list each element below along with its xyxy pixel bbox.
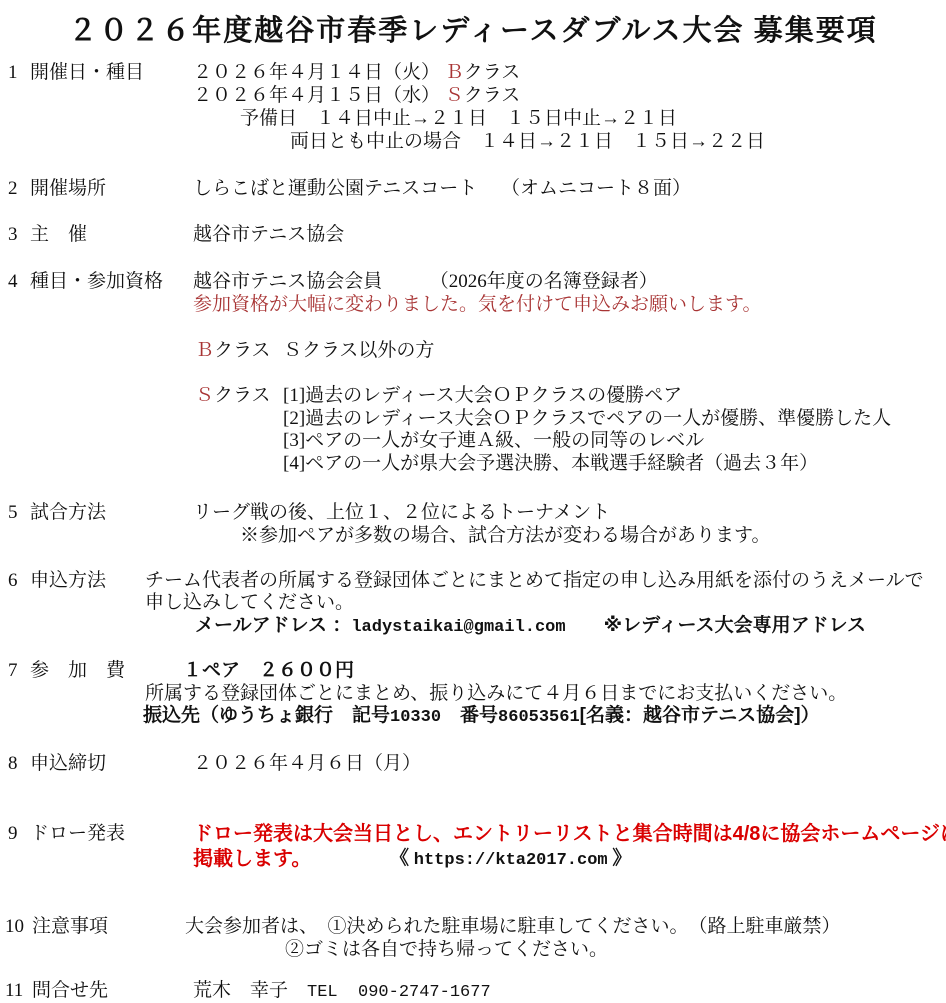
section-4-class-b-title-text: Ｂ (195, 340, 214, 361)
section-1-date-s: ２０２６年４月１５日（水） Ｓクラス (193, 85, 520, 107)
section-7-label-text: 参 加 費 (30, 660, 125, 681)
section-1-date-s-text: Ｓ (445, 85, 464, 106)
document-page: ２０２６年度越谷市春季レディースダブルス大会 募集要項 1開催日・種目２０２６年… (0, 0, 946, 1003)
section-4-eligibility: 越谷市テニス協会会員 （2026年度の名簿登録者） (193, 271, 658, 293)
section-5-label: 試合方法 (30, 502, 106, 524)
section-2-number-text: 2 (8, 178, 18, 199)
section-3-host-text: 越谷市テニス協会 (193, 224, 344, 245)
section-9-draw-line-2: 掲載します。 (193, 848, 311, 870)
section-4-class-s-rule-2-text: [2]過去のレディース大会ＯＰクラスでペアの一人が優勝、準優勝した人 (283, 408, 891, 429)
section-7-bank-account-text: 10330 (390, 708, 441, 727)
section-1-number-text: 1 (8, 62, 18, 83)
section-6-method-line-2-text: 申し込みしてください。 (145, 592, 354, 613)
section-1-label: 開催日・種目 (30, 62, 144, 84)
section-11-number-text: 11 (5, 980, 23, 1001)
section-1-number: 1 (8, 62, 18, 84)
section-7-bank-account-text: 番号 (441, 705, 498, 726)
section-6-email-text: ladystaikai@gmail.com (351, 618, 565, 637)
section-7-fee-text: １ペア ２６００円 (183, 660, 354, 681)
section-1-both-cancel-text: 両日とも中止の場合 １４日→２１日 １５日→２２日 (290, 131, 765, 152)
section-4-class-s-rule-1: [1]過去のレディース大会ＯＰクラスの優勝ペア (283, 385, 682, 407)
section-6-email-text: ※レディース大会専用アドレス (566, 615, 866, 636)
section-4-class-b-rule: Ｓクラス以外の方 (283, 340, 434, 362)
section-11-label-text: 問合せ先 (32, 980, 108, 1001)
section-10-note-1-text: 大会参加者は、 ①決められた駐車場に駐車してください。 （路上駐車厳禁） (185, 916, 841, 937)
section-10-label: 注意事項 (32, 916, 108, 938)
section-3-number-text: 3 (8, 224, 18, 245)
section-7-bank-account-text: [名義：越谷市テニス協会]） (580, 705, 820, 726)
section-9-label-text: ドロー発表 (30, 823, 125, 844)
section-1-reserve-day-text: 予備日 １４日中止→２１日 １５日中止→２１日 (240, 108, 677, 129)
section-5-format-note-text: ※参加ペアが多数の場合、試合方法が変わる場合があります。 (240, 525, 770, 546)
section-6-method-line-1-text: チーム代表者の所属する登録団体ごとにまとめて指定の申し込み用紙を添付のうえメール… (145, 570, 924, 591)
section-4-class-b-title-text: クラス (214, 340, 270, 361)
section-5-format: リーグ戦の後、上位１、２位によるトーナメント (193, 502, 610, 524)
section-9-draw-line-2-text: 掲載します。 (193, 848, 311, 870)
section-9-draw-line-1-text: ドロー発表は大会当日とし、エントリーリストと集合時間は4/8に協会ホームページに (193, 823, 946, 845)
section-1-date-s-text: ２０２６年４月１５日（水） (193, 85, 445, 106)
section-5-number-text: 5 (8, 502, 18, 523)
section-8-number-text: 8 (8, 753, 18, 774)
section-4-class-s-rule-3: [3]ペアの一人が女子連Ａ級、一般の同等のレベル (283, 430, 704, 452)
section-9-website-url-text: https://kta2017.com (414, 851, 608, 870)
section-8-label: 申込締切 (30, 753, 106, 775)
section-4-eligibility-text: 越谷市テニス協会会員 （2026年度の名簿登録者） (193, 271, 658, 292)
section-5-label-text: 試合方法 (30, 502, 106, 523)
section-4-number-text: 4 (8, 271, 18, 292)
section-1-date-b-text: クラス (464, 62, 520, 83)
section-10-note-2: ②ゴミは各自で持ち帰ってください。 (285, 939, 608, 961)
section-4-class-s-title-text: クラス (214, 385, 270, 406)
section-1-date-b: ２０２６年４月１４日（火） Ｂクラス (193, 62, 520, 84)
section-10-label-text: 注意事項 (32, 916, 108, 937)
section-9-website-url-text: 》 (608, 848, 632, 869)
section-4-class-s-rule-4-text: [4]ペアの一人が県大会予選決勝、本戦選手経験者（過去３年） (283, 453, 818, 474)
section-11-label: 問合せ先 (32, 980, 108, 1002)
section-1-date-b-text: Ｂ (445, 62, 464, 83)
section-7-bank-account: 振込先（ゆうちょ銀行 記号10330 番号86053561[名義：越谷市テニス協… (143, 705, 820, 729)
section-11-contact-text: 荒木 幸子 (193, 980, 307, 1001)
section-9-label: ドロー発表 (30, 823, 125, 845)
section-4-class-b-rule-text: Ｓクラス以外の方 (283, 340, 434, 361)
section-8-number: 8 (8, 753, 18, 775)
section-4-class-s-title: Ｓクラス (195, 385, 270, 407)
section-6-method-line-2: 申し込みしてください。 (145, 592, 354, 614)
section-10-number-text: 10 (5, 916, 24, 937)
section-11-contact-text: TEL 090-2747-1677 (307, 983, 491, 1002)
section-11-contact: 荒木 幸子 TEL 090-2747-1677 (193, 980, 491, 1003)
section-9-website-url: 《 https://kta2017.com 》 (390, 848, 631, 872)
section-7-payment-text: 所属する登録団体ごとにまとめ、振り込みにて４月６日までにお支払いください。 (145, 683, 847, 704)
section-6-method-line-1: チーム代表者の所属する登録団体ごとにまとめて指定の申し込み用紙を添付のうえメール… (145, 570, 924, 592)
section-8-deadline: ２０２６年４月６日（月） (193, 753, 421, 775)
section-4-label: 種目・参加資格 (30, 271, 163, 293)
section-6-email-text: メールアドレス ： (195, 615, 351, 636)
section-1-label-text: 開催日・種目 (30, 62, 144, 83)
section-7-fee: １ペア ２６００円 (183, 660, 354, 682)
section-9-number: 9 (8, 823, 18, 845)
section-4-warning-text: 参加資格が大幅に変わりました。気を付けて申込みお願いします。 (193, 294, 761, 315)
section-1-date-s-text: クラス (464, 85, 520, 106)
section-6-number: 6 (8, 570, 18, 592)
section-6-label: 申込方法 (30, 570, 106, 592)
section-9-number-text: 9 (8, 823, 18, 844)
section-10-number: 10 (5, 916, 24, 938)
document-title: ２０２６年度越谷市春季レディースダブルス大会 募集要項 (0, 8, 946, 49)
section-1-reserve-day: 予備日 １４日中止→２１日 １５日中止→２１日 (240, 108, 677, 130)
section-4-class-s-rule-4: [4]ペアの一人が県大会予選決勝、本戦選手経験者（過去３年） (283, 453, 818, 475)
section-4-class-s-rule-1-text: [1]過去のレディース大会ＯＰクラスの優勝ペア (283, 385, 682, 406)
section-4-class-s-rule-2: [2]過去のレディース大会ＯＰクラスでペアの一人が優勝、準優勝した人 (283, 408, 891, 430)
section-7-bank-account-text: 振込先（ゆうちょ銀行 記号 (143, 705, 390, 726)
section-2-label: 開催場所 (30, 178, 106, 200)
section-9-website-url-text: 《 (390, 848, 414, 869)
section-4-class-b-title: Ｂクラス (195, 340, 270, 362)
section-3-label-text: 主 催 (30, 224, 87, 245)
section-1-both-cancel: 両日とも中止の場合 １４日→２１日 １５日→２２日 (290, 131, 765, 153)
section-5-format-text: リーグ戦の後、上位１、２位によるトーナメント (193, 502, 610, 523)
section-4-warning: 参加資格が大幅に変わりました。気を付けて申込みお願いします。 (193, 294, 761, 316)
section-6-label-text: 申込方法 (30, 570, 106, 591)
section-7-label: 参 加 費 (30, 660, 125, 682)
section-4-class-s-rule-3-text: [3]ペアの一人が女子連Ａ級、一般の同等のレベル (283, 430, 704, 451)
section-4-class-s-title-text: Ｓ (195, 385, 214, 406)
section-7-number: 7 (8, 660, 18, 682)
section-7-bank-account-text: 86053561 (498, 708, 580, 727)
section-7-number-text: 7 (8, 660, 18, 681)
section-4-number: 4 (8, 271, 18, 293)
section-5-number: 5 (8, 502, 18, 524)
section-2-venue: しらこばと運動公園テニスコート （オムニコート８面） (193, 178, 691, 200)
section-7-payment: 所属する登録団体ごとにまとめ、振り込みにて４月６日までにお支払いください。 (145, 683, 847, 705)
section-2-label-text: 開催場所 (30, 178, 106, 199)
section-8-label-text: 申込締切 (30, 753, 106, 774)
section-2-venue-text: しらこばと運動公園テニスコート （オムニコート８面） (193, 178, 691, 199)
section-10-note-2-text: ②ゴミは各自で持ち帰ってください。 (285, 939, 608, 960)
section-1-date-b-text: ２０２６年４月１４日（火） (193, 62, 445, 83)
section-2-number: 2 (8, 178, 18, 200)
section-8-deadline-text: ２０２６年４月６日（月） (193, 753, 421, 774)
section-9-draw-line-1: ドロー発表は大会当日とし、エントリーリストと集合時間は4/8に協会ホームページに (193, 823, 946, 845)
section-10-note-1: 大会参加者は、 ①決められた駐車場に駐車してください。 （路上駐車厳禁） (185, 916, 841, 938)
section-3-label: 主 催 (30, 224, 87, 246)
section-4-label-text: 種目・参加資格 (30, 271, 163, 292)
section-3-number: 3 (8, 224, 18, 246)
section-6-number-text: 6 (8, 570, 18, 591)
section-11-number: 11 (5, 980, 23, 1002)
section-3-host: 越谷市テニス協会 (193, 224, 344, 246)
section-5-format-note: ※参加ペアが多数の場合、試合方法が変わる場合があります。 (240, 525, 770, 547)
section-6-email: メールアドレス ：ladystaikai@gmail.com ※レディース大会専… (195, 615, 866, 639)
